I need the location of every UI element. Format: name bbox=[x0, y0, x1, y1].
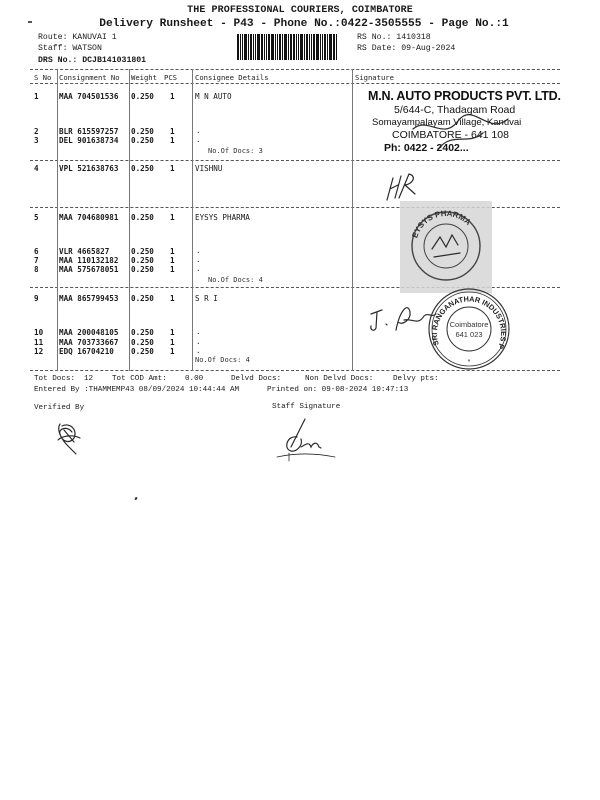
row-consignment: MAA 200048105 bbox=[59, 328, 118, 337]
row-consignment: DEL 901638734 bbox=[59, 136, 118, 145]
barcode-bar bbox=[298, 34, 299, 60]
row-weight: 0.250 bbox=[131, 92, 154, 101]
barcode-bar bbox=[282, 34, 283, 60]
total-cod-value: 0.00 bbox=[185, 375, 203, 383]
barcode-bar bbox=[264, 34, 265, 60]
barcode-bar bbox=[255, 34, 256, 60]
no-of-docs: No.Of Docs: 4 bbox=[208, 276, 263, 284]
barcode-bar bbox=[311, 34, 312, 60]
row-weight: 0.250 bbox=[131, 328, 154, 337]
column-divider bbox=[352, 69, 353, 371]
barcode-bar bbox=[284, 34, 287, 60]
row-detail: . bbox=[196, 346, 201, 355]
barcode-bar bbox=[271, 34, 274, 60]
row-weight: 0.250 bbox=[131, 294, 154, 303]
row-sno: 1 bbox=[34, 92, 39, 101]
row-sno: 3 bbox=[34, 136, 39, 145]
row-consignment: MAA 865799453 bbox=[59, 294, 118, 303]
row-sno: 11 bbox=[34, 338, 43, 347]
row-pcs: 1 bbox=[170, 338, 175, 347]
row-pcs: 1 bbox=[170, 127, 175, 136]
total-cod-label: Tot COD Amt: bbox=[112, 375, 167, 383]
barcode-bar bbox=[240, 34, 241, 60]
column-header-signature: Signature bbox=[355, 73, 394, 82]
no-of-docs: No.Of Docs: 3 bbox=[208, 147, 263, 155]
column-header-pcs: PCS bbox=[164, 73, 177, 82]
staff-signature-icon bbox=[275, 417, 340, 463]
barcode-bar bbox=[277, 34, 278, 60]
barcode-bar bbox=[336, 34, 337, 60]
row-sno: 5 bbox=[34, 213, 39, 222]
row-consignment: EDQ 16704210 bbox=[59, 347, 114, 356]
row-consignee: S R I bbox=[195, 294, 218, 303]
no-of-docs: No.Of Docs: 4 bbox=[195, 356, 250, 364]
barcode-bar bbox=[316, 34, 319, 60]
column-header-consignee: Consignee Details bbox=[195, 73, 269, 82]
rs-date: RS Date: 09-Aug-2024 bbox=[357, 44, 455, 53]
barcode-bar bbox=[296, 34, 297, 60]
rs-number: RS No.: 1410318 bbox=[357, 33, 431, 42]
signature-scribble-icon bbox=[408, 111, 518, 151]
barcode-bar bbox=[268, 34, 270, 60]
barcode-bar bbox=[304, 34, 305, 60]
scan-speck bbox=[134, 497, 137, 501]
barcode-bar bbox=[279, 34, 281, 60]
row-detail: . bbox=[196, 126, 201, 135]
barcode-bar bbox=[257, 34, 260, 60]
row-consignment: MAA 703733667 bbox=[59, 338, 118, 347]
delivery-points-label: Delvy pts: bbox=[393, 375, 439, 383]
barcode-bar bbox=[333, 34, 335, 60]
drs-number: DRS No.: DCJB141031801 bbox=[38, 56, 146, 65]
barcode-bar bbox=[300, 34, 303, 60]
row-weight: 0.250 bbox=[131, 265, 154, 274]
row-pcs: 1 bbox=[170, 247, 175, 256]
route-label: Route: KANUVAI 1 bbox=[38, 33, 117, 42]
row-pcs: 1 bbox=[170, 256, 175, 265]
row-pcs: 1 bbox=[170, 347, 175, 356]
verified-by-label: Verified By bbox=[34, 404, 84, 412]
row-weight: 0.250 bbox=[131, 256, 154, 265]
staff-signature-label: Staff Signature bbox=[272, 403, 340, 411]
column-header-sno: S No bbox=[34, 73, 51, 82]
row-detail: . bbox=[196, 327, 201, 336]
row-weight: 0.250 bbox=[131, 338, 154, 347]
delivered-docs-label: Delvd Docs: bbox=[231, 375, 281, 383]
row-consignee: M N AUTO bbox=[195, 92, 232, 101]
barcode-bar bbox=[253, 34, 254, 60]
group-divider bbox=[30, 160, 560, 161]
row-pcs: 1 bbox=[170, 265, 175, 274]
row-pcs: 1 bbox=[170, 136, 175, 145]
svg-text:*: * bbox=[468, 359, 471, 366]
barcode-bar bbox=[275, 34, 276, 60]
row-pcs: 1 bbox=[170, 164, 175, 173]
row-consignment: BLR 615597257 bbox=[59, 127, 118, 136]
column-divider bbox=[192, 69, 193, 371]
svg-text:SRI RANGANATHAR INDUSTRIES PVT: SRI RANGANATHAR INDUSTRIES PVT. LTD. bbox=[424, 285, 508, 350]
barcode-bar bbox=[324, 34, 326, 60]
barcode-bar bbox=[266, 34, 267, 60]
row-consignment: MAA 704501536 bbox=[59, 92, 118, 101]
row-sno: 2 bbox=[34, 127, 39, 136]
table-top-rule bbox=[30, 69, 560, 70]
barcode-bar bbox=[288, 34, 289, 60]
row-weight: 0.250 bbox=[131, 347, 154, 356]
row-consignment: MAA 110132182 bbox=[59, 256, 118, 265]
barcode-bar bbox=[261, 34, 263, 60]
row-weight: 0.250 bbox=[131, 247, 154, 256]
sri-ranganathar-round-stamp-icon: SRI RANGANATHAR INDUSTRIES PVT. LTD. Coi… bbox=[424, 285, 514, 373]
row-weight: 0.250 bbox=[131, 213, 154, 222]
row-consignee: EYSYS PHARMA bbox=[195, 213, 250, 222]
barcode-bar bbox=[329, 34, 332, 60]
header-bottom-rule bbox=[30, 83, 560, 84]
scan-speck bbox=[28, 21, 32, 23]
column-header-consignment: Consignment No bbox=[59, 73, 120, 82]
row-consignment: VLR 4665827 bbox=[59, 247, 109, 256]
row-sno: 9 bbox=[34, 294, 39, 303]
svg-text:641 023: 641 023 bbox=[455, 330, 482, 339]
row-consignment: MAA 704680981 bbox=[59, 213, 118, 222]
row-pcs: 1 bbox=[170, 92, 175, 101]
barcode bbox=[237, 34, 349, 60]
row-consignee: VISHNU bbox=[195, 164, 222, 173]
row-sno: 7 bbox=[34, 256, 39, 265]
barcode-bar bbox=[244, 34, 247, 60]
row-detail: . bbox=[196, 255, 201, 264]
barcode-bar bbox=[237, 34, 239, 60]
barcode-bar bbox=[313, 34, 315, 60]
row-consignment: MAA 575678051 bbox=[59, 265, 118, 274]
row-detail: . bbox=[196, 264, 201, 273]
total-docs-label: Tot Docs: bbox=[34, 375, 75, 383]
barcode-bar bbox=[306, 34, 308, 60]
stamp-line: M.N. AUTO PRODUCTS PVT. LTD. bbox=[368, 89, 561, 103]
row-weight: 0.250 bbox=[131, 127, 154, 136]
row-detail: . bbox=[196, 135, 201, 144]
handwritten-hr-icon bbox=[383, 170, 418, 202]
non-delivered-docs-label: Non Delvd Docs: bbox=[305, 375, 373, 383]
barcode-bar bbox=[242, 34, 243, 60]
row-sno: 4 bbox=[34, 164, 39, 173]
barcode-bar bbox=[293, 34, 295, 60]
barcode-bar bbox=[248, 34, 249, 60]
row-detail: . bbox=[196, 337, 201, 346]
verified-by-signature-icon bbox=[54, 420, 84, 456]
total-docs-value: 12 bbox=[84, 375, 93, 383]
svg-text:Coimbatore: Coimbatore bbox=[450, 320, 489, 329]
runsheet-title: Delivery Runsheet - P43 - Phone No.:0422… bbox=[0, 18, 600, 30]
barcode-bar bbox=[309, 34, 310, 60]
row-sno: 6 bbox=[34, 247, 39, 256]
barcode-bar bbox=[322, 34, 323, 60]
staff-label: Staff: WATSON bbox=[38, 44, 102, 53]
row-sno: 12 bbox=[34, 347, 43, 356]
row-pcs: 1 bbox=[170, 213, 175, 222]
row-pcs: 1 bbox=[170, 328, 175, 337]
barcode-bar bbox=[327, 34, 328, 60]
eysys-round-stamp-icon: EYSYS PHARMA bbox=[400, 201, 492, 293]
company-title: THE PROFESSIONAL COURIERS, COIMBATORE bbox=[0, 5, 600, 16]
row-weight: 0.250 bbox=[131, 164, 154, 173]
row-sno: 8 bbox=[34, 265, 39, 274]
column-divider bbox=[57, 69, 58, 371]
row-detail: . bbox=[196, 246, 201, 255]
row-consignment: VPL 521638763 bbox=[59, 164, 118, 173]
barcode-bar bbox=[290, 34, 292, 60]
entered-by: Entered By :THAMMEMP43 08/09/2024 10:44:… bbox=[34, 386, 239, 394]
barcode-bar bbox=[320, 34, 321, 60]
row-pcs: 1 bbox=[170, 294, 175, 303]
column-divider bbox=[129, 69, 130, 371]
company-stamp: M.N. AUTO PRODUCTS PVT. LTD. 5/644-C, Th… bbox=[368, 89, 568, 159]
column-header-weight: Weight bbox=[131, 73, 157, 82]
barcode-bar bbox=[250, 34, 252, 60]
row-sno: 10 bbox=[34, 328, 43, 337]
printed-on: Printed on: 09-08-2024 10:47:13 bbox=[267, 386, 408, 394]
row-weight: 0.250 bbox=[131, 136, 154, 145]
